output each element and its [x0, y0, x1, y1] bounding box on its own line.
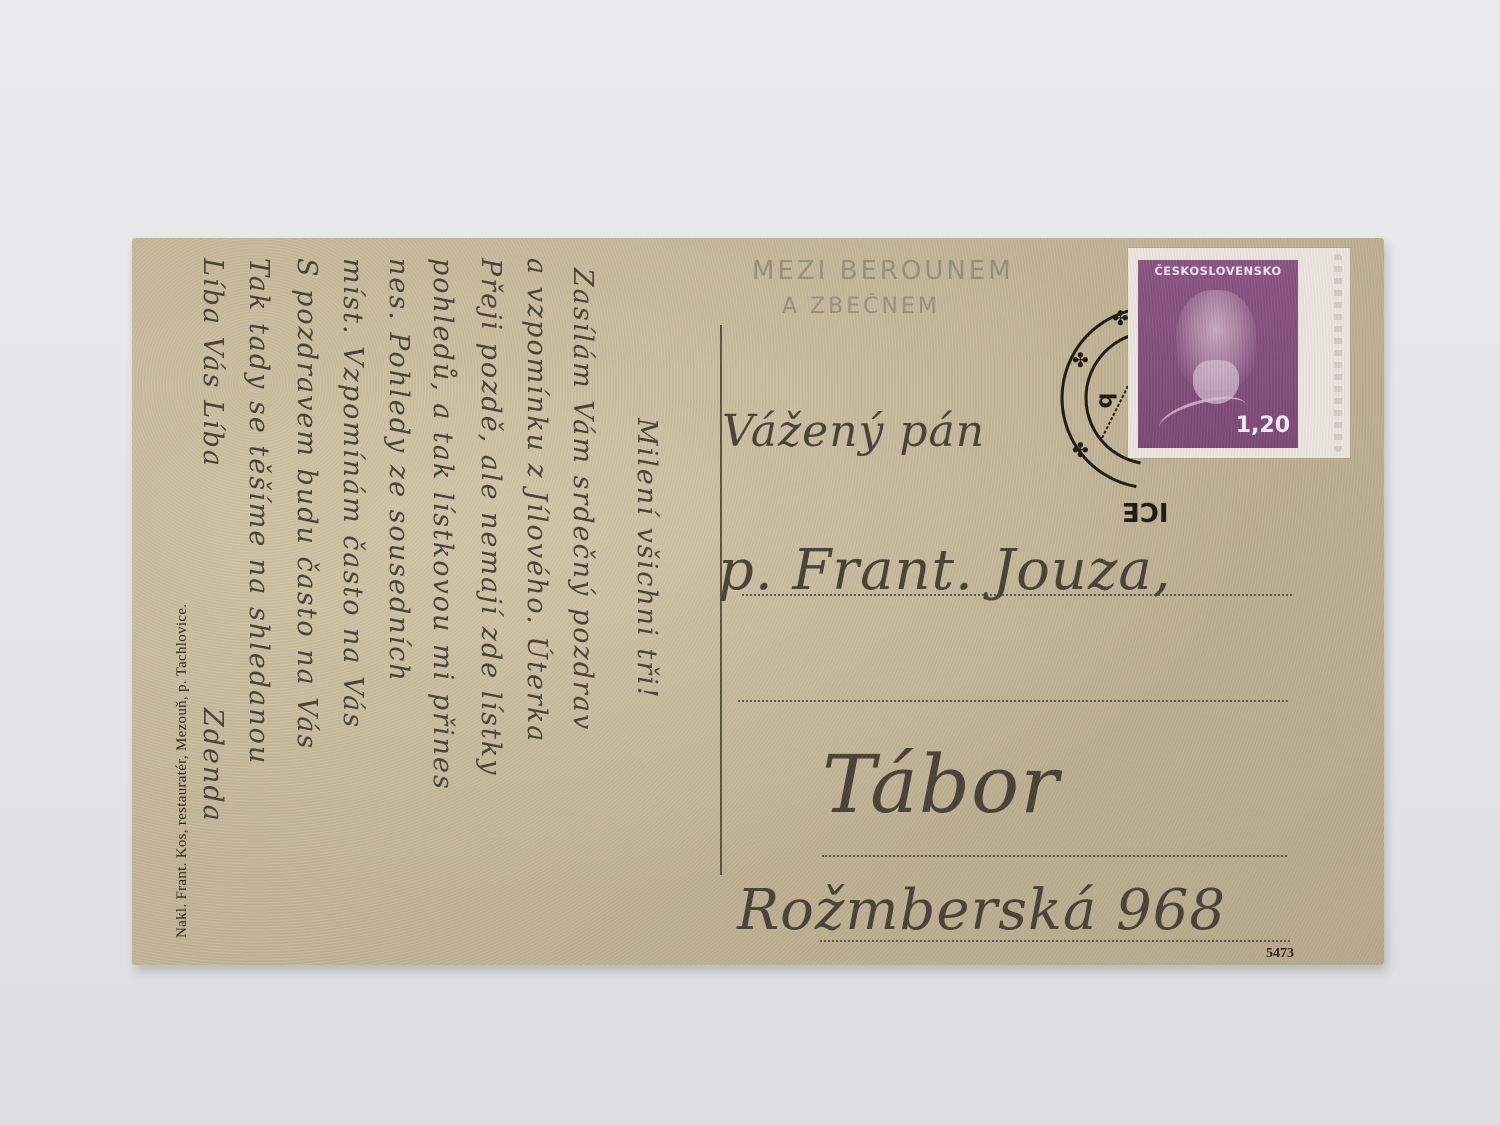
message-line: nes. Pohledy ze sousedních: [383, 258, 414, 683]
address-line-4: [820, 940, 1290, 942]
postmark-ornament-icon: ✤: [1112, 306, 1129, 330]
postmark-ornament-icon: ✤: [1072, 348, 1089, 372]
perforation: [1334, 254, 1342, 452]
serial-number: 5473: [1266, 946, 1294, 962]
stamp-selvage: ČESKOSLOVENSKO 1,20: [1128, 248, 1350, 458]
postmark-town: ICE: [1122, 496, 1169, 526]
message-line: a vzpomínku z Jílového. Úterka: [521, 258, 552, 743]
publisher-imprint: Nakl. Frant. Kos, restauratér, Mezouň, p…: [174, 604, 191, 938]
stamp-value: 1,20: [1236, 413, 1290, 438]
message-line: Přeji pozdě, ale nemají zde lístky: [475, 258, 506, 776]
message-line: Milení všichni tři!: [631, 418, 662, 700]
address-line-2: [738, 700, 1288, 702]
address-line-3: [822, 855, 1287, 857]
message-line: S pozdravem budu často na Vás: [291, 258, 322, 750]
message-line: Zdenda: [197, 708, 228, 823]
postmark-letter: b: [1093, 393, 1118, 409]
pencil-note-line1: MEZI BEROUNEM: [752, 256, 1014, 286]
pencil-note-line2: A ZBEČNEM: [782, 294, 940, 319]
message-line: míst. Vzpomínám často na Vás: [337, 258, 368, 729]
address-salutation: Vážený pán: [722, 406, 985, 457]
address-street: Rožmberská 968: [737, 878, 1226, 943]
postmark-ornament-icon: ✤: [1072, 438, 1089, 462]
address-name: p. Frant. Jouza,: [718, 538, 1172, 603]
message-line: Zasílám Vám srdečný pozdrav: [567, 268, 598, 731]
message-line: Tak tady se těšíme na shledanou: [243, 258, 274, 765]
address-city: Tábor: [822, 738, 1059, 831]
message-line: pohledů, a tak lístkovou mi přines: [427, 258, 458, 791]
postage-stamp: ČESKOSLOVENSKO 1,20: [1138, 260, 1298, 448]
message-line: Líba Vás Líba: [197, 258, 228, 468]
postcard: Milení všichni tři! Zasílám Vám srdečný …: [132, 238, 1384, 965]
stamp-country: ČESKOSLOVENSKO: [1138, 264, 1298, 278]
